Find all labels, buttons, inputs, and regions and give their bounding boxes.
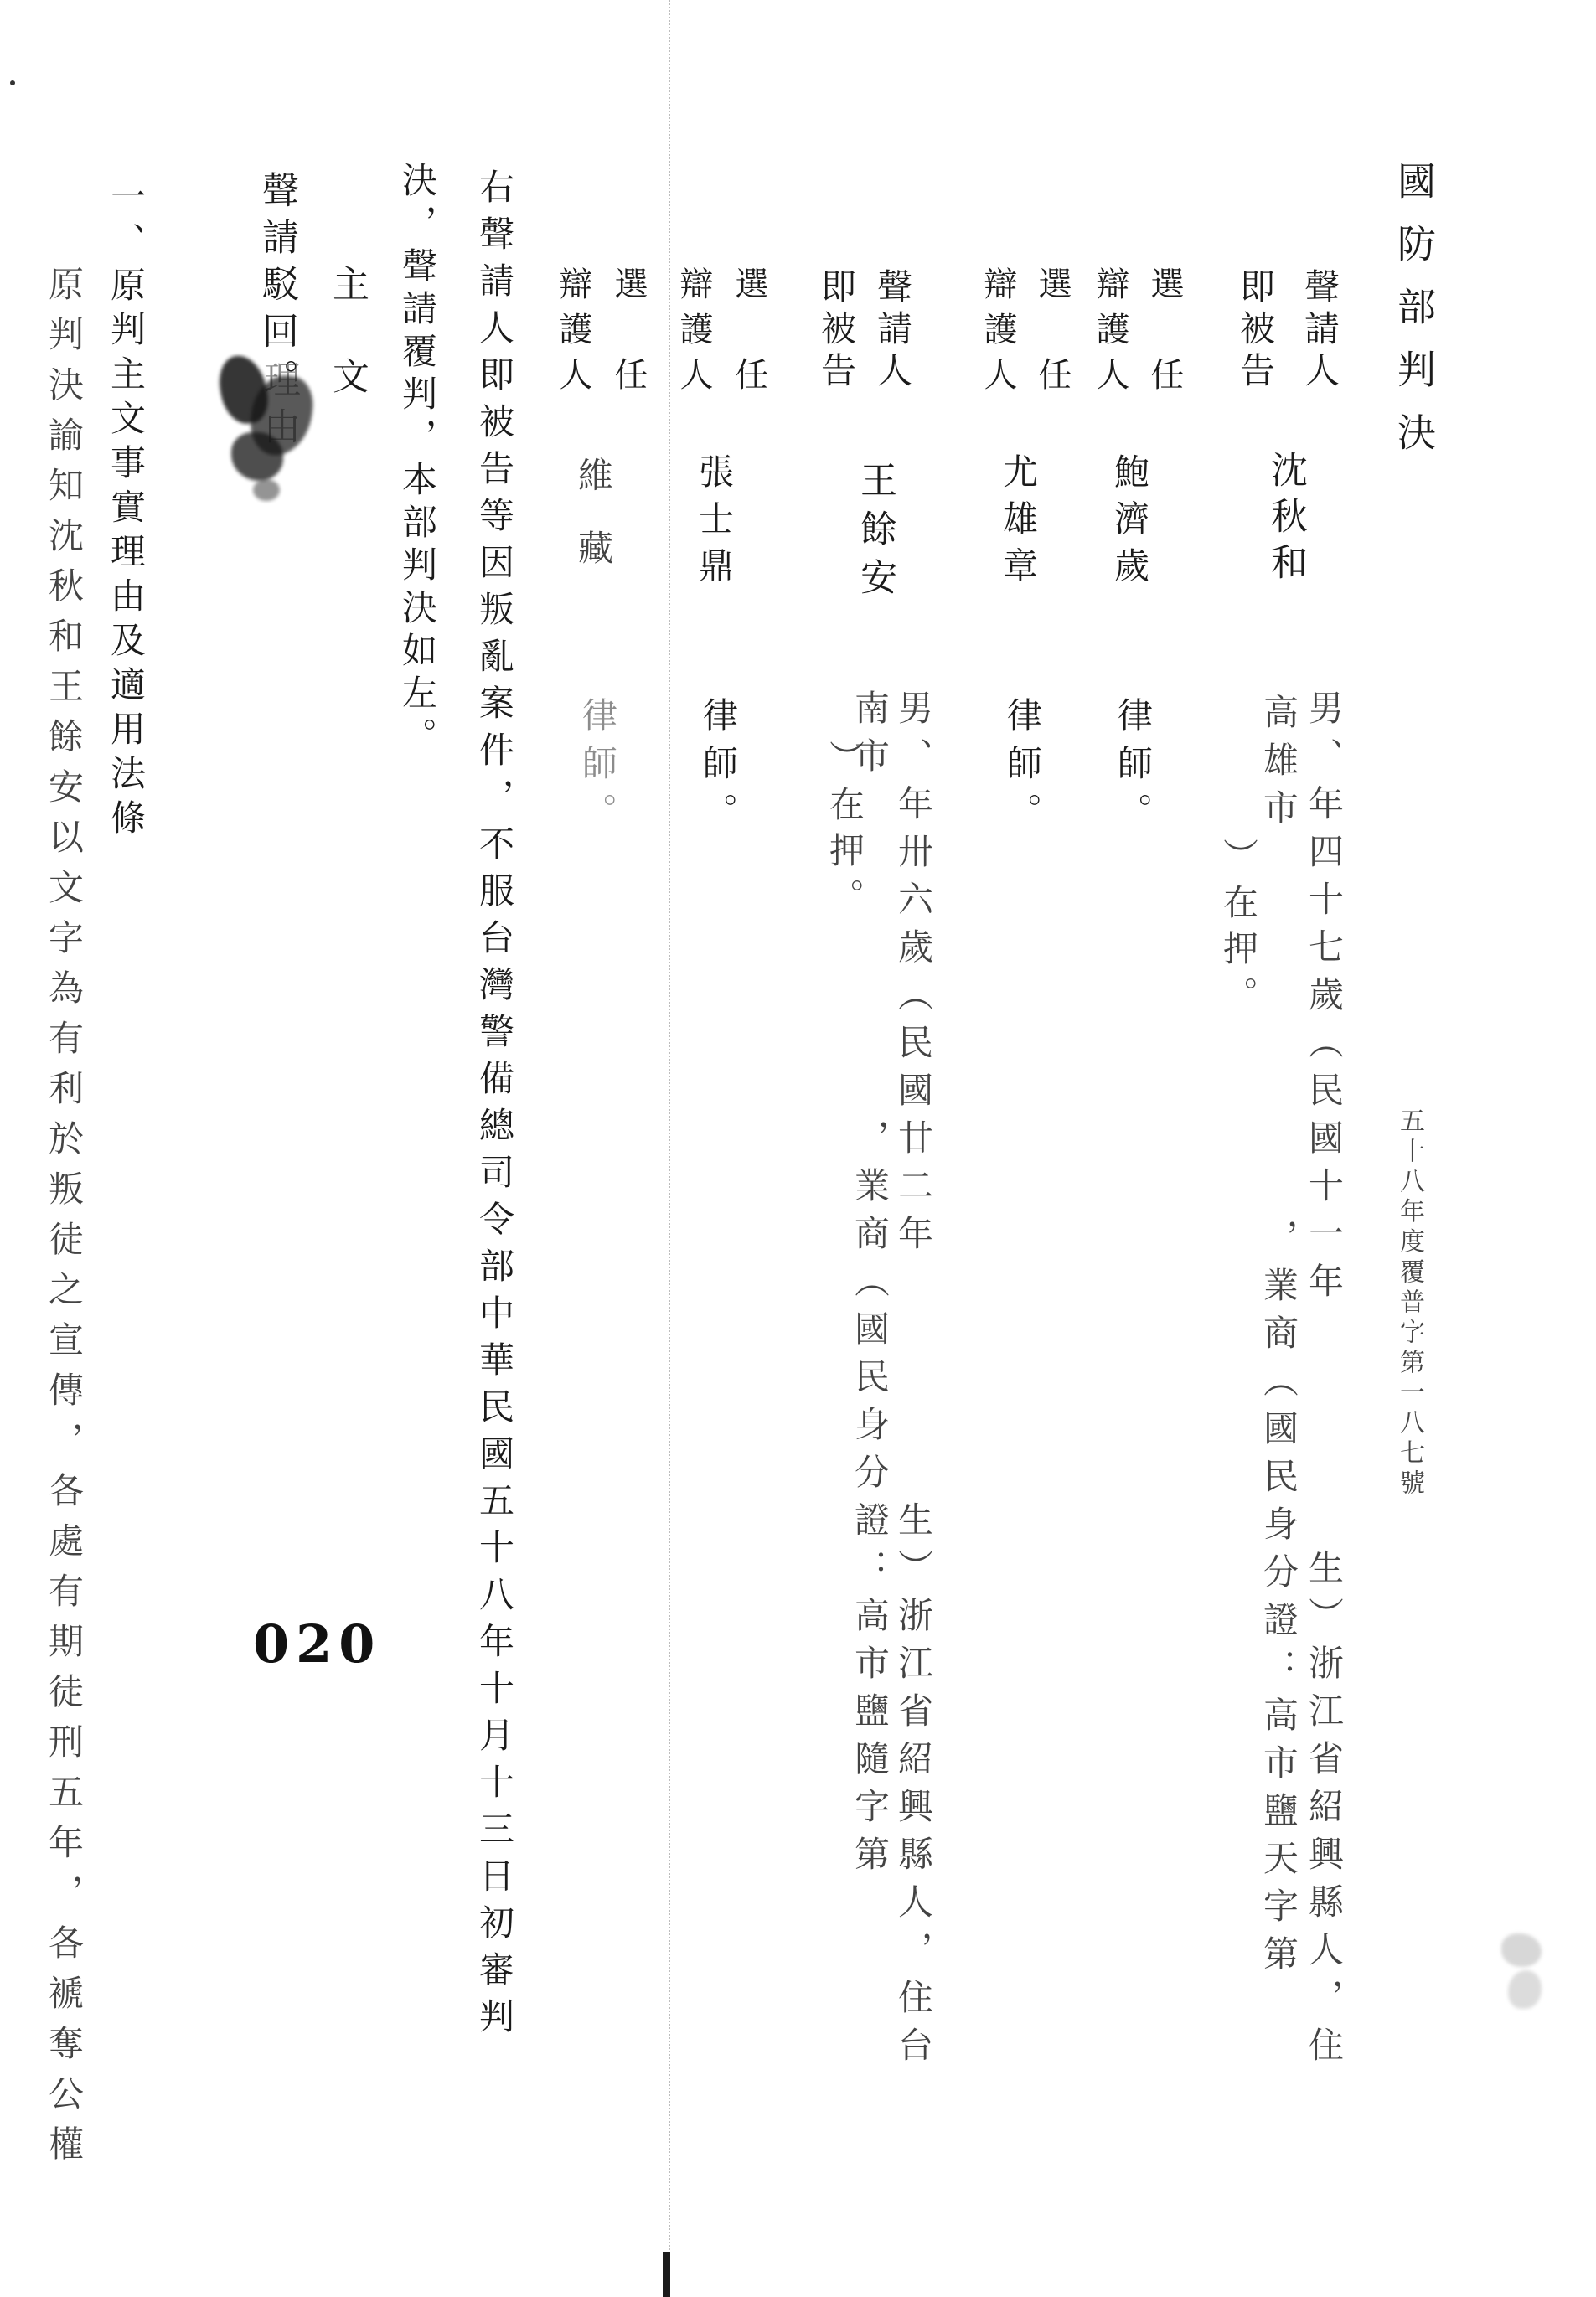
counsel-role-defender: 辯護人	[1087, 266, 1134, 402]
counsel-title: 律師。	[1108, 697, 1158, 840]
counsel-role-appointed: 選任	[726, 266, 773, 447]
main-text-header: 主文	[320, 265, 374, 449]
procedure-statement-col1: 右聲請人即被告等因叛亂案件，不服台灣警備總司令部中華民國五十八年十月十三日初審判	[469, 168, 519, 2045]
counsel-role-defender: 辯護人	[974, 266, 1022, 402]
counsel-name: 維藏	[568, 457, 618, 602]
court-title: 國防部判決	[1387, 161, 1442, 475]
counsel-role-defender: 辯護人	[550, 266, 597, 402]
counsel-title: 律師。	[997, 697, 1047, 840]
counsel-name: 尤雄章	[993, 453, 1043, 594]
counsel-role-defender: 辯護人	[670, 266, 718, 402]
counsel-name: 鮑濟歲	[1104, 453, 1154, 594]
page-fold-mark	[663, 2252, 670, 2297]
scanned-judgment-page: 國防部判決 五十八年度覆普字第一八七號 聲請人 即被告 沈秋和 男、年四十七歲（…	[0, 0, 1596, 2297]
reason-item-heading: 一、原判主文事實理由及適用法條	[101, 178, 151, 844]
party-custody-note: ）在押。	[819, 740, 870, 924]
party-role-petitioner: 聲請人	[867, 268, 917, 394]
party-role-defendant: 即被告	[1230, 268, 1280, 394]
party-role-defendant: 即被告	[811, 268, 861, 394]
party-name: 沈秋和	[1258, 451, 1312, 589]
ink-smudge	[253, 479, 280, 501]
stain-mark	[1501, 1933, 1542, 1967]
ink-smudge	[231, 432, 283, 481]
counsel-name: 張士鼎	[689, 453, 739, 594]
counsel-role-appointed: 選任	[605, 266, 653, 447]
party-custody-note: ）在押。	[1213, 838, 1263, 1022]
party-role-petitioner: 聲請人	[1294, 268, 1345, 394]
counsel-role-appointed: 選任	[1029, 266, 1077, 447]
party-description-col1: 男、年卅六歲（民國廿二年 生）浙江省紹興縣人，住台	[888, 689, 938, 2074]
scan-speck	[10, 80, 15, 85]
case-number: 五十八年度覆普字第一八七號	[1391, 1107, 1428, 1500]
procedure-statement-col2: 決，聲請覆判，本部判決如左。	[392, 162, 442, 760]
counsel-role-appointed: 選任	[1141, 266, 1189, 447]
page-number: 020	[253, 1613, 381, 1675]
counsel-title: 律師。	[693, 697, 743, 840]
party-name: 王餘安	[848, 461, 901, 607]
reason-body: 原判決諭知沈秋和王餘安以文字為有利於叛徒之宣傳，各處有期徒刑五年，各褫奪公權	[39, 266, 89, 2176]
stain-mark	[1508, 1970, 1542, 2009]
counsel-title: 律師。	[572, 697, 622, 840]
party-description-col1: 男、年四十七歲（民國十一年 生）浙江省紹興縣人，住	[1299, 689, 1349, 2074]
